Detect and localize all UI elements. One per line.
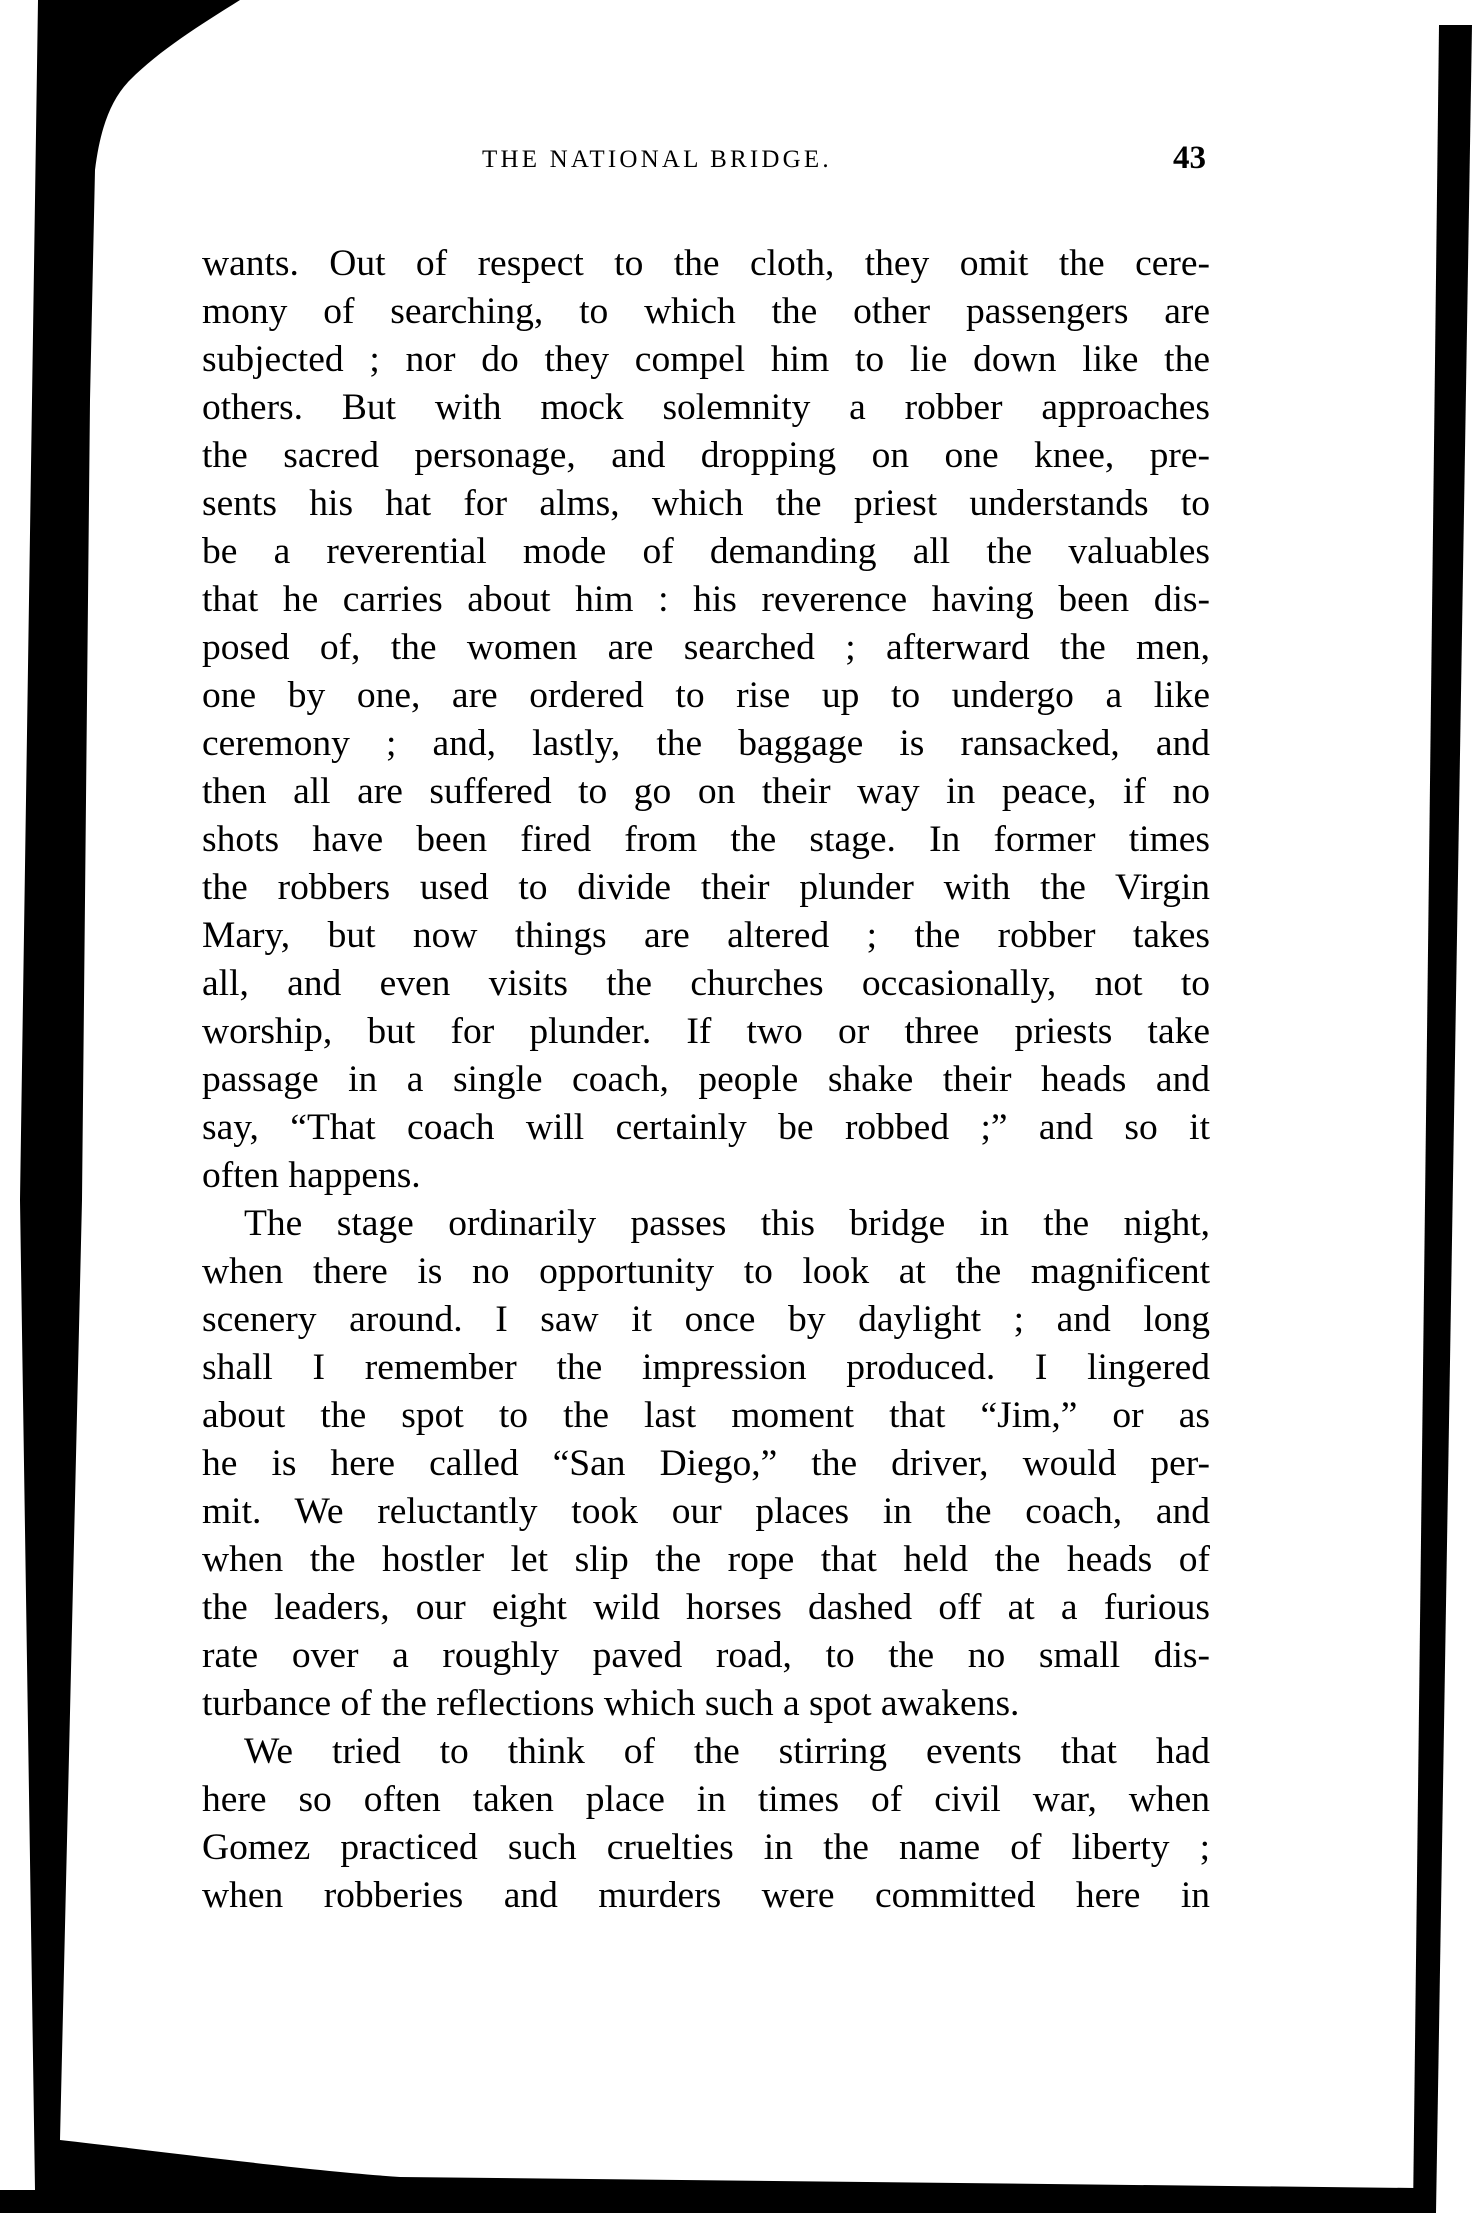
paragraph-3: We tried to think of the stirring events…: [202, 1728, 1210, 1920]
text-line: when there is no opportunity to look at …: [202, 1248, 1210, 1296]
text-line: one by one, are ordered to rise up to un…: [202, 672, 1210, 720]
text-line: Gomez practiced such cruelties in the na…: [202, 1824, 1210, 1872]
text-line: the sacred personage, and dropping on on…: [202, 432, 1210, 480]
text-line: about the spot to the last moment that “…: [202, 1392, 1210, 1440]
text-line: the robbers used to divide their plunder…: [202, 864, 1210, 912]
text-line: mony of searching, to which the other pa…: [202, 288, 1210, 336]
text-line: that he carries about him : his reverenc…: [202, 576, 1210, 624]
text-line: subjected ; nor do they compel him to li…: [202, 336, 1210, 384]
text-line: sents his hat for alms, which the priest…: [202, 480, 1210, 528]
text-line: say, “That coach will certainly be robbe…: [202, 1104, 1210, 1152]
page-number: 43: [1173, 140, 1206, 176]
text-line: turbance of the reflections which such a…: [202, 1680, 1210, 1728]
text-line: mit. We reluctantly took our places in t…: [202, 1488, 1210, 1536]
text-line: others. But with mock solemnity a robber…: [202, 384, 1210, 432]
text-line: shots have been fired from the stage. In…: [202, 816, 1210, 864]
text-line: all, and even visits the churches occasi…: [202, 960, 1210, 1008]
running-head: THE NATIONAL BRIDGE. 43: [202, 142, 1210, 178]
text-line: scenery around. I saw it once by dayligh…: [202, 1296, 1210, 1344]
paragraph-1: wants. Out of respect to the cloth, they…: [202, 240, 1210, 1200]
text-line: then all are suffered to go on their way…: [202, 768, 1210, 816]
text-line: he is here called “San Diego,” the drive…: [202, 1440, 1210, 1488]
text-line: posed of, the women are searched ; after…: [202, 624, 1210, 672]
text-line: worship, but for plunder. If two or thre…: [202, 1008, 1210, 1056]
text-line: shall I remember the impression produced…: [202, 1344, 1210, 1392]
text-line: the leaders, our eight wild horses dashe…: [202, 1584, 1210, 1632]
text-line: rate over a roughly paved road, to the n…: [202, 1632, 1210, 1680]
text-line: ceremony ; and, lastly, the baggage is r…: [202, 720, 1210, 768]
text-line: The stage ordinarily passes this bridge …: [202, 1200, 1210, 1248]
running-title: THE NATIONAL BRIDGE.: [482, 142, 832, 178]
paragraph-2: The stage ordinarily passes this bridge …: [202, 1200, 1210, 1728]
text-line: wants. Out of respect to the cloth, they…: [202, 240, 1210, 288]
text-line: Mary, but now things are altered ; the r…: [202, 912, 1210, 960]
text-line: be a reverential mode of demanding all t…: [202, 528, 1210, 576]
text-line: when robberies and murders were committe…: [202, 1872, 1210, 1920]
text-line: passage in a single coach, people shake …: [202, 1056, 1210, 1104]
text-line: often happens.: [202, 1152, 1210, 1200]
text-line: here so often taken place in times of ci…: [202, 1776, 1210, 1824]
text-line: when the hostler let slip the rope that …: [202, 1536, 1210, 1584]
body-text: wants. Out of respect to the cloth, they…: [202, 240, 1210, 1920]
text-line: We tried to think of the stirring events…: [202, 1728, 1210, 1776]
